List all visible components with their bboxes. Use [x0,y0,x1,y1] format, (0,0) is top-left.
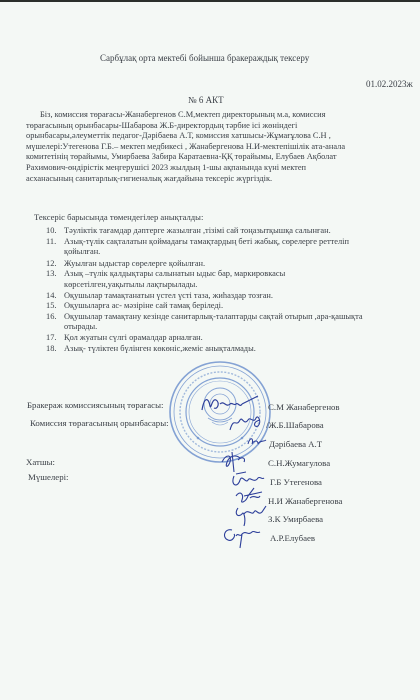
findings-heading: Тексеріс барысында төмендегілер анықталд… [34,212,203,222]
intro-line: Рахимович-өндірістік меңгерушісі 2023 жы… [26,163,418,174]
finding-text: Тәуліктік тағамдар дәптерге жазылған ,ті… [64,226,331,235]
intro-paragraph: Біз, комиссия төрағасы-Жанабергенов С.М,… [26,110,418,184]
document-header-title: Сарбұлақ орта мектебі бойынша бракеражды… [100,53,309,63]
signer-name: С.Н.Жумагулова [268,458,330,468]
finding-text: отырады. [64,322,420,333]
intro-line: төрағасының орынбасары-Шабарова Ж.Б-дире… [26,121,418,132]
intro-line: комитетінің төрайымы, Умирбаева Забира К… [26,152,418,163]
finding-item: 10. Тәуліктік тағамдар дәптерге жазылған… [46,226,420,237]
signer-name: Дәрібаева А.Т [269,439,322,449]
members-label: Мүшелері: [28,472,68,482]
finding-number: 15. [46,301,64,312]
finding-number: 13. [46,269,64,290]
finding-text: Қол жуатын сүлгі орамалдар арналған. [64,333,203,342]
signer-name: А.Р.Елубаев [270,533,315,543]
finding-item: 14. Оқушылар тамақтанатын үстел үсті таз… [46,291,420,302]
finding-number: 18. [46,344,64,355]
signer-name: Г.Б Утегенова [270,477,322,487]
findings-list: 10. Тәуліктік тағамдар дәптерге жазылған… [46,226,420,354]
finding-text: Оқушылар тамақтанатын үстел үсті таза, ж… [64,291,273,300]
document-page: Сарбұлақ орта мектебі бойынша бракеражды… [0,0,420,700]
finding-number: 16. [46,312,64,333]
finding-number: 11. [46,237,64,258]
deputy-label: Комиссия төрағасының орынбасары: [30,418,169,428]
finding-item: 15. Оқушыларға ас- мәзіріне сай тамақ бе… [46,301,420,312]
finding-item: 11. Азық-түлік сақталатын қоймадағы тама… [46,237,420,258]
intro-line: орынбасары,әлеуметтік педагог-Дәрібаева … [26,131,418,142]
finding-text: көрсетілген,уақытылы лақтырылады. [64,280,420,291]
signature-member-icon [246,434,268,448]
secretary-label: Хатшы: [26,457,55,467]
intro-line: мүшелері:Утегенова Г.Б.– мектеп медбикес… [26,142,418,153]
finding-text: Азық –түлік қалдықтары салынатын ыдыс ба… [64,269,420,280]
intro-line: Біз, комиссия төрағасы-Жанабергенов С.М,… [26,110,418,121]
finding-item: 12. Жуылған ыдыстар сөрелерге қойылған. [46,259,420,270]
finding-text: Оқушыларға ас- мәзіріне сай тамақ беріле… [64,301,223,310]
finding-number: 10. [46,226,64,237]
signer-name: Н.И Жанабергенова [268,496,342,506]
finding-number: 14. [46,291,64,302]
finding-text: Оқушылар тамақтану кезінде санитарлық-та… [64,312,420,323]
signature-member-icon [220,524,266,550]
chair-label: Бракераж комиссиясының төрағасы: [27,400,163,410]
finding-item: 13. Азық –түлік қалдықтары салынатын ыды… [46,269,420,290]
finding-item: 16. Оқушылар тамақтану кезінде санитарлы… [46,312,420,333]
act-number: № 6 АКТ [188,95,224,105]
signer-name: З.К Умирбаева [268,514,323,524]
signature-deputy-icon [228,412,268,434]
finding-text: қойылған. [64,247,420,258]
finding-item: 18. Азық- түліктен бүлінген көкөніс,жемі… [46,344,420,355]
signer-name: С.М Жанабергенов [268,402,340,412]
signer-name: /Ж.Б.Шабарова [266,420,324,430]
document-date: 01.02.2023ж [366,79,413,89]
finding-number: 12. [46,259,64,270]
intro-line: асханасының санитарлық-гигиеналық жағдай… [26,174,418,185]
finding-number: 17. [46,333,64,344]
finding-text: Азық- түліктен бүлінген көкөніс,жеміс ан… [64,344,256,353]
finding-text: Жуылған ыдыстар сөрелерге қойылған. [64,259,205,268]
finding-item: 17. Қол жуатын сүлгі орамалдар арналған. [46,333,420,344]
finding-text: Азық-түлік сақталатын қоймадағы тамақтар… [64,237,420,248]
